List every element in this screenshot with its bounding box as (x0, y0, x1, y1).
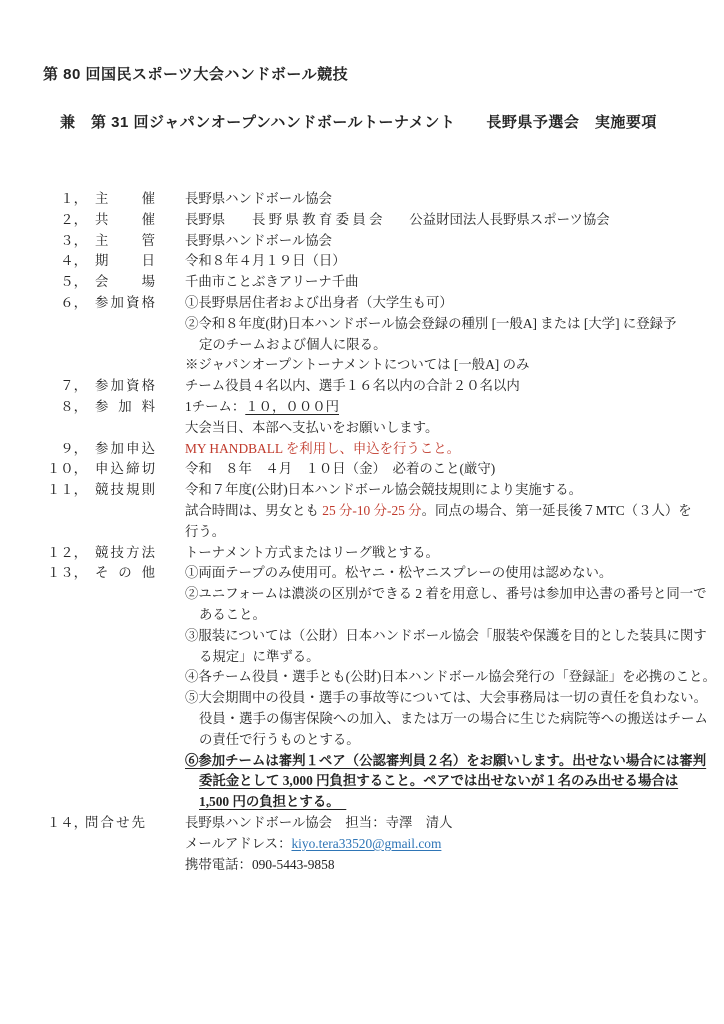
text-segment: MY HANDBALL を利用し、申込を行うこと。 (185, 441, 460, 456)
text-line: 試合時間は、男女とも 25 分-10 分-25 分。同点の場合、第一延長後７MT… (185, 501, 694, 522)
item-content: 令和７年度(公財)日本ハンドボール協会競技規則により実施する。試合時間は、男女と… (155, 480, 694, 542)
text-segment: ①両面テープのみ使用可。松ヤニ・松ヤニスプレーの使用は認めない。 (185, 565, 612, 580)
item-row: １３，その他①両面テープのみ使用可。松ヤニ・松ヤニスプレーの使用は認めない。②ユ… (43, 563, 694, 813)
text-line: 長野県ハンドボール協会 担当：寺澤 清人 (185, 813, 694, 834)
item-number: １１， (43, 480, 87, 542)
text-segment: ④各チーム役員・選手とも(公財)日本ハンドボール協会発行の「登録証」を必携のこと… (185, 669, 716, 684)
text-line: 令和７年度(公財)日本ハンドボール協会競技規則により実施する。 (185, 480, 694, 501)
text-line: 令和 ８年 ４月 １０日（金） 必着のこと(厳守) (185, 459, 694, 480)
item-content: ①両面テープのみ使用可。松ヤニ・松ヤニスプレーの使用は認めない。②ユニフォームは… (155, 563, 716, 813)
item-row: ９，参加申込MY HANDBALL を利用し、申込を行うこと。 (43, 439, 694, 460)
text-line: ①両面テープのみ使用可。松ヤニ・松ヤニスプレーの使用は認めない。 (185, 563, 716, 584)
text-segment: ①長野県居住者および出身者（大学生も可） (185, 295, 453, 310)
item-content: MY HANDBALL を利用し、申込を行うこと。 (155, 439, 694, 460)
text-line: ※ジャパンオープントーナメントについては [一般A] のみ (185, 355, 694, 376)
document-subtitle: 兼 第 31 回ジャパンオープンハンドボールトーナメント 長野県予選会 実施要項 (43, 111, 694, 132)
item-number: ６， (43, 293, 87, 376)
item-number: ９， (43, 439, 87, 460)
text-line: 長野県ハンドボール協会 (185, 189, 694, 210)
text-segment: 令和８年４月１９日（日） (185, 253, 346, 268)
item-label: 問合せ先 (85, 813, 145, 875)
item-content: 長野県 長 野 県 教 育 委 員 会 公益財団法人長野県スポーツ協会 (155, 210, 694, 231)
document-page: 第 80 回国民スポーツ大会ハンドボール競技 兼 第 31 回ジャパンオープンハ… (0, 0, 724, 1024)
item-row: ８，参加料1チーム：１０，０００円大会当日、本部へ支払いをお願いします。 (43, 397, 694, 439)
item-number: １４， (43, 813, 87, 875)
text-segment: チーム役員４名以内、選手１６名以内の合計２０名以内 (185, 378, 520, 393)
item-content: 千曲市ことぶきアリーナ千曲 (155, 272, 694, 293)
text-line: 大会当日、本部へ支払いをお願いします。 (185, 418, 694, 439)
text-segment: ⑤大会期間中の役員・選手の事故等については、大会事務局は一切の責任を負わない。 (185, 690, 707, 705)
document-title: 第 80 回国民スポーツ大会ハンドボール競技 (43, 63, 694, 84)
text-line: る規定」に準ずる。 (185, 647, 716, 668)
item-content: 令和８年４月１９日（日） (155, 251, 694, 272)
text-line: 令和８年４月１９日（日） (185, 251, 694, 272)
text-line: ②令和８年度(財)日本ハンドボール協会登録の種別 [一般A] または [大学] … (185, 314, 694, 335)
item-content: トーナメント方式またはリーグ戦とする。 (155, 543, 694, 564)
text-segment: 役員・選手の傷害保険への加入、または万一の場合に生じた病院等への搬送はチーム (199, 711, 708, 726)
text-line: チーム役員４名以内、選手１６名以内の合計２０名以内 (185, 376, 694, 397)
item-content: 1チーム：１０，０００円大会当日、本部へ支払いをお願いします。 (155, 397, 694, 439)
text-line: 携帯電話：090-5443-9858 (185, 855, 694, 876)
text-line: 長野県 長 野 県 教 育 委 員 会 公益財団法人長野県スポーツ協会 (185, 210, 694, 231)
item-label: 競技規則 (95, 480, 155, 542)
text-line: 千曲市ことぶきアリーナ千曲 (185, 272, 694, 293)
text-line: 長野県ハンドボール協会 (185, 231, 694, 252)
text-segment: 長野県ハンドボール協会 担当：寺澤 清人 (185, 815, 453, 830)
item-label: 競技方法 (95, 543, 155, 564)
text-segment: ※ジャパンオープントーナメントについては [一般A] のみ (185, 357, 529, 372)
item-label: 参加資格 (95, 293, 155, 376)
text-segment: 行う。 (185, 524, 225, 539)
text-segment: ③服装については（公財）日本ハンドボール協会「服装や保護を目的とした装具に関す (185, 628, 707, 643)
text-segment: ②ユニフォームは濃淡の区別ができる 2 着を用意し、番号は参加申込書の番号と同一… (185, 586, 707, 601)
text-line: 役員・選手の傷害保険への加入、または万一の場合に生じた病院等への搬送はチーム (185, 709, 716, 730)
item-label: 期日 (95, 251, 155, 272)
text-line: トーナメント方式またはリーグ戦とする。 (185, 543, 694, 564)
text-segment: る規定」に準ずる。 (199, 649, 320, 664)
item-row: ２，共催長野県 長 野 県 教 育 委 員 会 公益財団法人長野県スポーツ協会 (43, 210, 694, 231)
item-label: 主管 (95, 231, 155, 252)
item-label: 参加資格 (95, 376, 155, 397)
item-row: １４，問合せ先長野県ハンドボール協会 担当：寺澤 清人メールアドレス：kiyo.… (43, 813, 694, 875)
item-number: １， (43, 189, 87, 210)
text-line: あること。 (185, 605, 716, 626)
item-label: 共催 (95, 210, 155, 231)
item-row: １０，申込締切令和 ８年 ４月 １０日（金） 必着のこと(厳守) (43, 459, 694, 480)
text-segment: 。同点の場合、第一延長後７MTC（３人）を (422, 503, 692, 518)
text-line: 行う。 (185, 522, 694, 543)
text-line: ②ユニフォームは濃淡の区別ができる 2 着を用意し、番号は参加申込書の番号と同一… (185, 584, 716, 605)
text-segment: の責任で行うものとする。 (199, 732, 360, 747)
text-segment: ②令和８年度(財)日本ハンドボール協会登録の種別 [一般A] または [大学] … (185, 316, 676, 331)
item-label: 参加申込 (95, 439, 155, 460)
text-segment: 1チーム： (185, 399, 245, 414)
item-content: 長野県ハンドボール協会 (155, 189, 694, 210)
item-content: ①長野県居住者および出身者（大学生も可）②令和８年度(財)日本ハンドボール協会登… (155, 293, 694, 376)
item-number: １２， (43, 543, 87, 564)
text-line: ④各チーム役員・選手とも(公財)日本ハンドボール協会発行の「登録証」を必携のこと… (185, 667, 716, 688)
item-label: 主催 (95, 189, 155, 210)
item-number: ７， (43, 376, 87, 397)
text-line: MY HANDBALL を利用し、申込を行うこと。 (185, 439, 694, 460)
text-line: 1チーム：１０，０００円 (185, 397, 694, 418)
item-number: ２， (43, 210, 87, 231)
item-number: １０， (43, 459, 87, 480)
text-segment: 令和 ８年 ４月 １０日（金） 必着のこと(厳守) (185, 461, 495, 476)
text-segment: 試合時間は、男女とも (185, 503, 322, 518)
text-segment: 長野県 長 野 県 教 育 委 員 会 公益財団法人長野県スポーツ協会 (185, 212, 610, 227)
text-segment: メールアドレス： (185, 836, 291, 851)
text-segment: あること。 (199, 607, 266, 622)
item-number: ８， (43, 397, 87, 439)
text-line: ①長野県居住者および出身者（大学生も可） (185, 293, 694, 314)
item-content: チーム役員４名以内、選手１６名以内の合計２０名以内 (155, 376, 694, 397)
text-segment: 長野県ハンドボール協会 (185, 191, 332, 206)
text-line: ⑥参加チームは審判１ペア（公認審判員２名）をお願いします。出せない場合には審判 (185, 751, 716, 772)
item-number: ３， (43, 231, 87, 252)
item-content: 令和 ８年 ４月 １０日（金） 必着のこと(厳守) (155, 459, 694, 480)
item-label: 参加料 (95, 397, 155, 439)
text-segment: トーナメント方式またはリーグ戦とする。 (185, 545, 439, 560)
item-row: １１，競技規則令和７年度(公財)日本ハンドボール協会競技規則により実施する。試合… (43, 480, 694, 542)
item-row: １２，競技方法トーナメント方式またはリーグ戦とする。 (43, 543, 694, 564)
item-label: 申込締切 (95, 459, 155, 480)
item-row: ５，会場千曲市ことぶきアリーナ千曲 (43, 272, 694, 293)
item-row: ７，参加資格チーム役員４名以内、選手１６名以内の合計２０名以内 (43, 376, 694, 397)
text-segment: 1,500 円の負担とする。 (199, 794, 346, 809)
text-line: メールアドレス：kiyo.tera33520@gmail.com (185, 834, 694, 855)
text-segment: 令和７年度(公財)日本ハンドボール協会競技規則により実施する。 (185, 482, 582, 497)
text-segment: 委託金として 3,000 円負担すること。ペアでは出せないが１名のみ出せる場合は (199, 773, 678, 788)
item-number: １３， (43, 563, 87, 813)
text-line: ③服装については（公財）日本ハンドボール協会「服装や保護を目的とした装具に関す (185, 626, 716, 647)
item-content: 長野県ハンドボール協会 担当：寺澤 清人メールアドレス：kiyo.tera335… (155, 813, 694, 875)
text-segment: 大会当日、本部へ支払いをお願いします。 (185, 420, 438, 435)
item-number: ５， (43, 272, 87, 293)
text-segment: 25 分-10 分-25 分 (322, 503, 421, 518)
text-segment: 携帯電話：090-5443-9858 (185, 857, 335, 872)
text-line: の責任で行うものとする。 (185, 730, 716, 751)
item-row: １，主催長野県ハンドボール協会 (43, 189, 694, 210)
text-segment: ⑥参加チームは審判１ペア（公認審判員２名）をお願いします。出せない場合には審判 (185, 753, 706, 768)
text-line: ⑤大会期間中の役員・選手の事故等については、大会事務局は一切の責任を負わない。 (185, 688, 716, 709)
text-line: 定のチームおよび個人に限る。 (185, 335, 694, 356)
text-segment: 長野県ハンドボール協会 (185, 233, 332, 248)
item-label: その他 (95, 563, 155, 813)
item-label: 会場 (95, 272, 155, 293)
email-link[interactable]: kiyo.tera33520@gmail.com (291, 836, 441, 851)
text-segment: 千曲市ことぶきアリーナ千曲 (185, 274, 359, 289)
item-row: ４，期日令和８年４月１９日（日） (43, 251, 694, 272)
item-row: ３，主管長野県ハンドボール協会 (43, 231, 694, 252)
item-number: ４， (43, 251, 87, 272)
text-line: 1,500 円の負担とする。 (185, 792, 716, 813)
item-row: ６，参加資格①長野県居住者および出身者（大学生も可）②令和８年度(財)日本ハンド… (43, 293, 694, 376)
text-line: 委託金として 3,000 円負担すること。ペアでは出せないが１名のみ出せる場合は (185, 771, 716, 792)
items: １，主催長野県ハンドボール協会２，共催長野県 長 野 県 教 育 委 員 会 公… (43, 189, 694, 875)
text-segment: １０，０００円 (245, 399, 339, 414)
item-content: 長野県ハンドボール協会 (155, 231, 694, 252)
text-segment: 定のチームおよび個人に限る。 (199, 337, 386, 352)
